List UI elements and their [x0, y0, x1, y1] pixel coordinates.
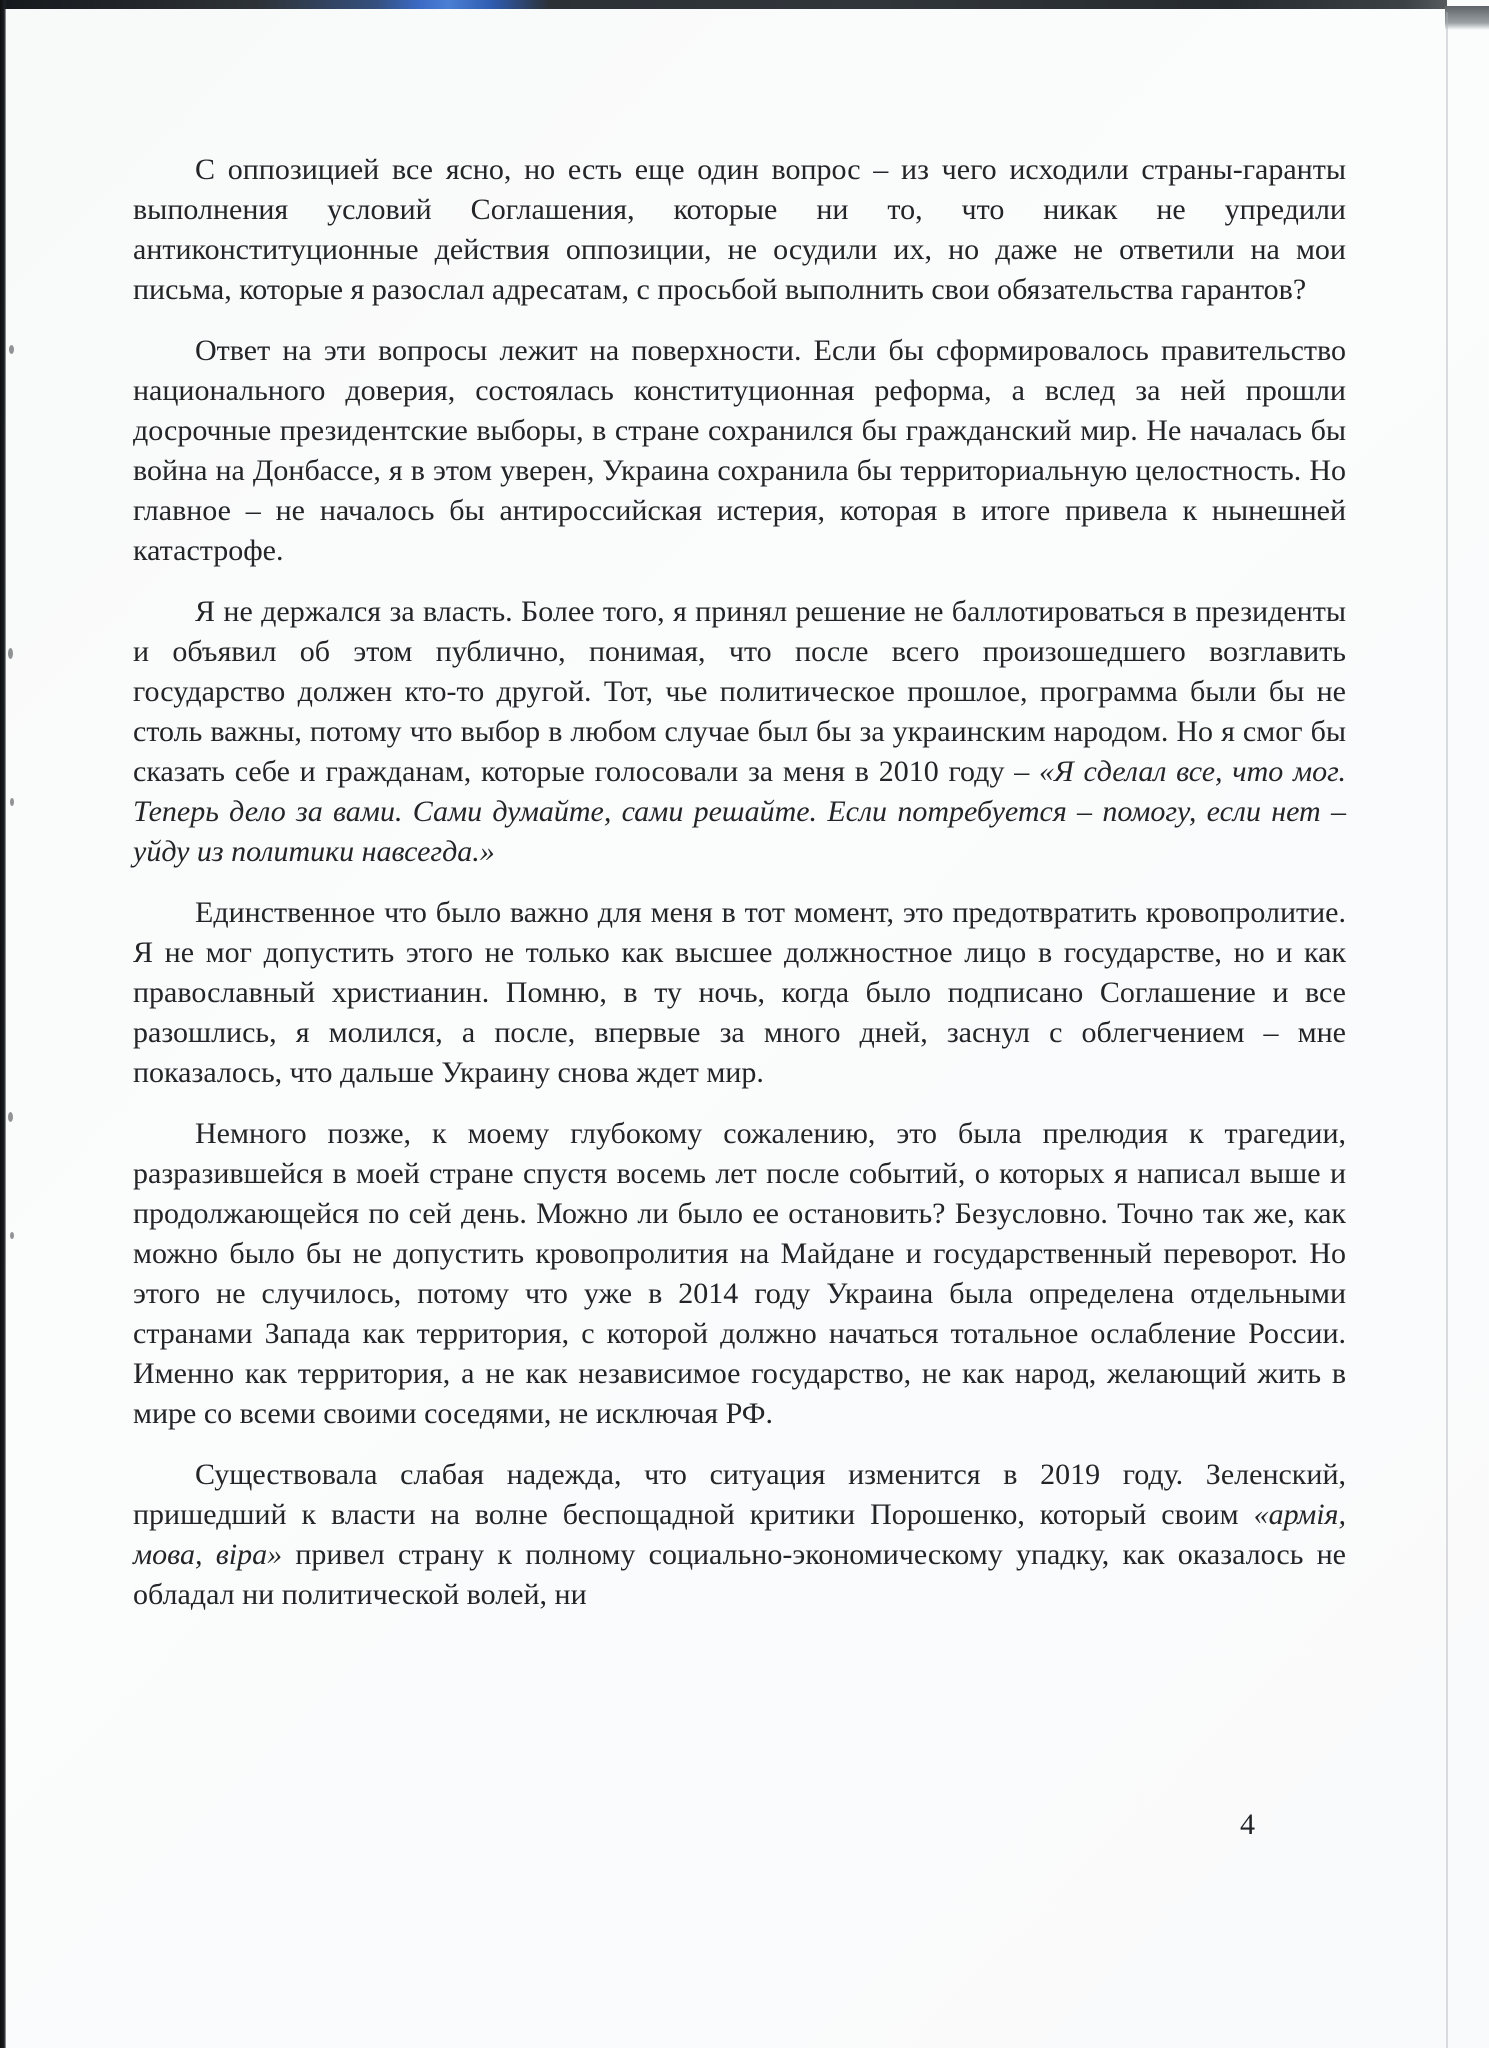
text-run: Существовала слабая надежда, что ситуаци… — [133, 1458, 1346, 1531]
scanned-document-page: С оппозицией все ясно, но есть еще один … — [0, 0, 1489, 2048]
paragraph: Ответ на эти вопросы лежит на поверхност… — [133, 331, 1346, 571]
text-run: Немного позже, к моему глубокому сожален… — [133, 1117, 1346, 1430]
text-run: привел страну к полному социально-эконом… — [133, 1538, 1346, 1611]
scan-edge-left — [0, 0, 6, 2048]
scan-edge-top-right — [1445, 6, 1489, 30]
paragraph: Я не держался за власть. Более того, я п… — [133, 592, 1346, 872]
text-run: С оппозицией все ясно, но есть еще один … — [133, 153, 1346, 306]
text-run: Единственное что было важно для меня в т… — [133, 896, 1346, 1089]
scan-edge-top — [0, 0, 1447, 9]
scan-speck — [8, 648, 13, 659]
paragraph: Немного позже, к моему глубокому сожален… — [133, 1114, 1346, 1434]
text-run: Ответ на эти вопросы лежит на поверхност… — [133, 334, 1346, 567]
paragraph: С оппозицией все ясно, но есть еще один … — [133, 150, 1346, 310]
scan-speck — [8, 1112, 13, 1122]
paper-edge-shadow — [1446, 12, 1448, 2048]
page-number: 4 — [1240, 1808, 1255, 1842]
text-block: С оппозицией все ясно, но есть еще один … — [133, 150, 1346, 1636]
paragraph: Единственное что было важно для меня в т… — [133, 893, 1346, 1093]
paragraph: Существовала слабая надежда, что ситуаци… — [133, 1455, 1346, 1615]
scan-speck — [9, 345, 14, 354]
scan-speck — [10, 798, 14, 806]
scan-speck — [10, 1232, 14, 1239]
